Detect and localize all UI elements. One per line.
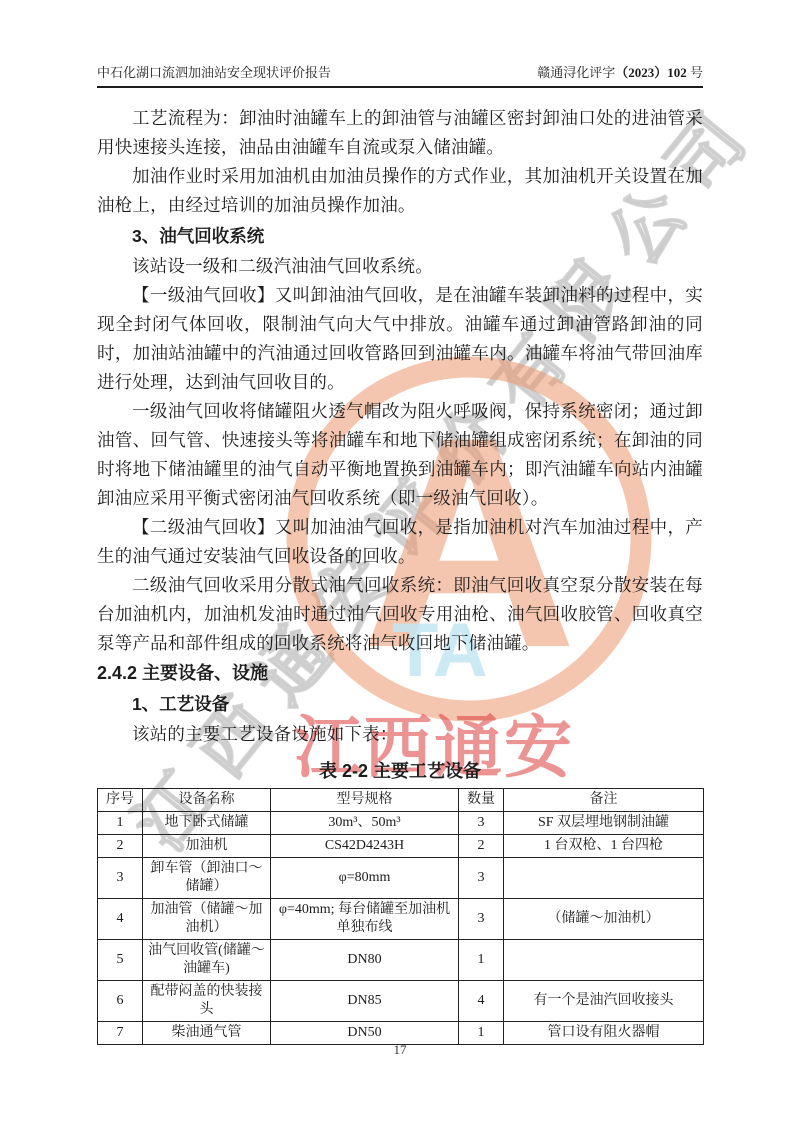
paragraph: 一级油气回收将储罐阻火透气帽改为阻火呼吸阀，保持系统密闭；通过卸油管、回气管、快… — [97, 397, 703, 513]
page-header: 中石化湖口流泗加油站安全现状评价报告 赣通浔化评字（2023）102 号 — [97, 0, 703, 88]
table-cell: 4 — [98, 899, 143, 940]
page-number: 17 — [0, 1042, 800, 1058]
paragraph: 工艺流程为：卸油时油罐车上的卸油管与油罐区密封卸油口处的进油管采用快速接头连接，… — [97, 104, 703, 162]
equipment-table-body: 1地下卧式储罐30m³、50m³3SF 双层埋地钢制油罐2加油机CS42D424… — [98, 812, 704, 1045]
table-cell: 配带闷盖的快装接头 — [143, 981, 271, 1022]
table-title: 表 2-2 主要工艺设备 — [97, 757, 703, 783]
table-cell: 1 — [459, 940, 504, 981]
table-cell: φ=80mm — [271, 858, 459, 899]
table-cell: φ=40mm; 每台储罐至加油机单独布线 — [271, 899, 459, 940]
paragraph: 该站设一级和二级汽油油气回收系统。 — [97, 252, 703, 281]
table-cell: 3 — [459, 812, 504, 835]
table-cell — [504, 940, 704, 981]
table-cell: 3 — [459, 899, 504, 940]
body-blocks: 工艺流程为：卸油时油罐车上的卸油管与油罐区密封卸油口处的进油管采用快速接头连接，… — [97, 104, 703, 749]
table-cell: 1 — [98, 812, 143, 835]
paragraph: 该站的主要工艺设备设施如下表： — [97, 720, 703, 749]
table-cell: （储罐～加油机） — [504, 899, 704, 940]
table-cell: 4 — [459, 981, 504, 1022]
table-cell: 1 台双枪、1 台四枪 — [504, 835, 704, 858]
paragraph: 二级油气回收采用分散式油气回收系统：即油气回收真空泵分散安装在每台加油机内，加油… — [97, 571, 703, 658]
table-header-cell: 设备名称 — [143, 789, 271, 812]
table-row: 5油气回收管(储罐～油罐车)DN801 — [98, 940, 704, 981]
paragraph: 【一级油气回收】又叫卸油油气回收，是在油罐车装卸油料的过程中，实现全封闭气体回收… — [97, 281, 703, 397]
table-cell: 3 — [459, 858, 504, 899]
page-content: 中石化湖口流泗加油站安全现状评价报告 赣通浔化评字（2023）102 号 工艺流… — [97, 0, 703, 1045]
table-cell: 5 — [98, 940, 143, 981]
table-row: 3卸车管（卸油口～储罐）φ=80mm3 — [98, 858, 704, 899]
section-heading: 3、油气回收系统 — [97, 220, 703, 252]
table-header-cell: 备注 — [504, 789, 704, 812]
section-heading: 2.4.2 主要设备、设施 — [97, 658, 703, 688]
table-cell: 2 — [459, 835, 504, 858]
equipment-table: 序号设备名称型号规格数量备注 1地下卧式储罐30m³、50m³3SF 双层埋地钢… — [97, 788, 704, 1045]
table-row: 1地下卧式储罐30m³、50m³3SF 双层埋地钢制油罐 — [98, 812, 704, 835]
paragraph: 【二级油气回收】又叫加油油气回收，是指加油机对汽车加油过程中，产生的油气通过安装… — [97, 513, 703, 571]
doc-number-suffix: 号 — [687, 65, 703, 80]
table-row: 6配带闷盖的快装接头DN854有一个是油汽回收接头 — [98, 981, 704, 1022]
table-cell: 卸车管（卸油口～储罐） — [143, 858, 271, 899]
table-row: 4加油管（储罐～加油机）φ=40mm; 每台储罐至加油机单独布线3（储罐～加油机… — [98, 899, 704, 940]
table-cell: 加油管（储罐～加油机） — [143, 899, 271, 940]
table-cell: 有一个是油汽回收接头 — [504, 981, 704, 1022]
document-page: 江西通安评价有限公司 A TA 江西通安 中石化湖口流泗加油站安全现状评价报告 … — [0, 0, 800, 1131]
table-cell: 30m³、50m³ — [271, 812, 459, 835]
table-cell: 加油机 — [143, 835, 271, 858]
table-cell: 3 — [98, 858, 143, 899]
table-cell: 地下卧式储罐 — [143, 812, 271, 835]
table-cell: 2 — [98, 835, 143, 858]
table-cell: DN85 — [271, 981, 459, 1022]
table-cell — [504, 858, 704, 899]
table-cell: 6 — [98, 981, 143, 1022]
doc-number-prefix: 赣通浔化评字 — [537, 65, 615, 80]
table-cell: CS42D4243H — [271, 835, 459, 858]
equipment-table-head-row: 序号设备名称型号规格数量备注 — [98, 789, 704, 812]
table-cell: 油气回收管(储罐～油罐车) — [143, 940, 271, 981]
doc-number-value: （2023）102 — [615, 65, 687, 80]
table-header-cell: 序号 — [98, 789, 143, 812]
header-doc-number: 赣通浔化评字（2023）102 号 — [537, 64, 703, 81]
table-header-cell: 型号规格 — [271, 789, 459, 812]
table-cell: DN80 — [271, 940, 459, 981]
table-header-cell: 数量 — [459, 789, 504, 812]
table-row: 2加油机CS42D4243H21 台双枪、1 台四枪 — [98, 835, 704, 858]
header-report-title: 中石化湖口流泗加油站安全现状评价报告 — [97, 64, 331, 81]
paragraph: 加油作业时采用加油机由加油员操作的方式作业，其加油机开关设置在加油枪上，由经过培… — [97, 162, 703, 220]
section-heading: 1、工艺设备 — [97, 688, 703, 720]
table-cell: SF 双层埋地钢制油罐 — [504, 812, 704, 835]
